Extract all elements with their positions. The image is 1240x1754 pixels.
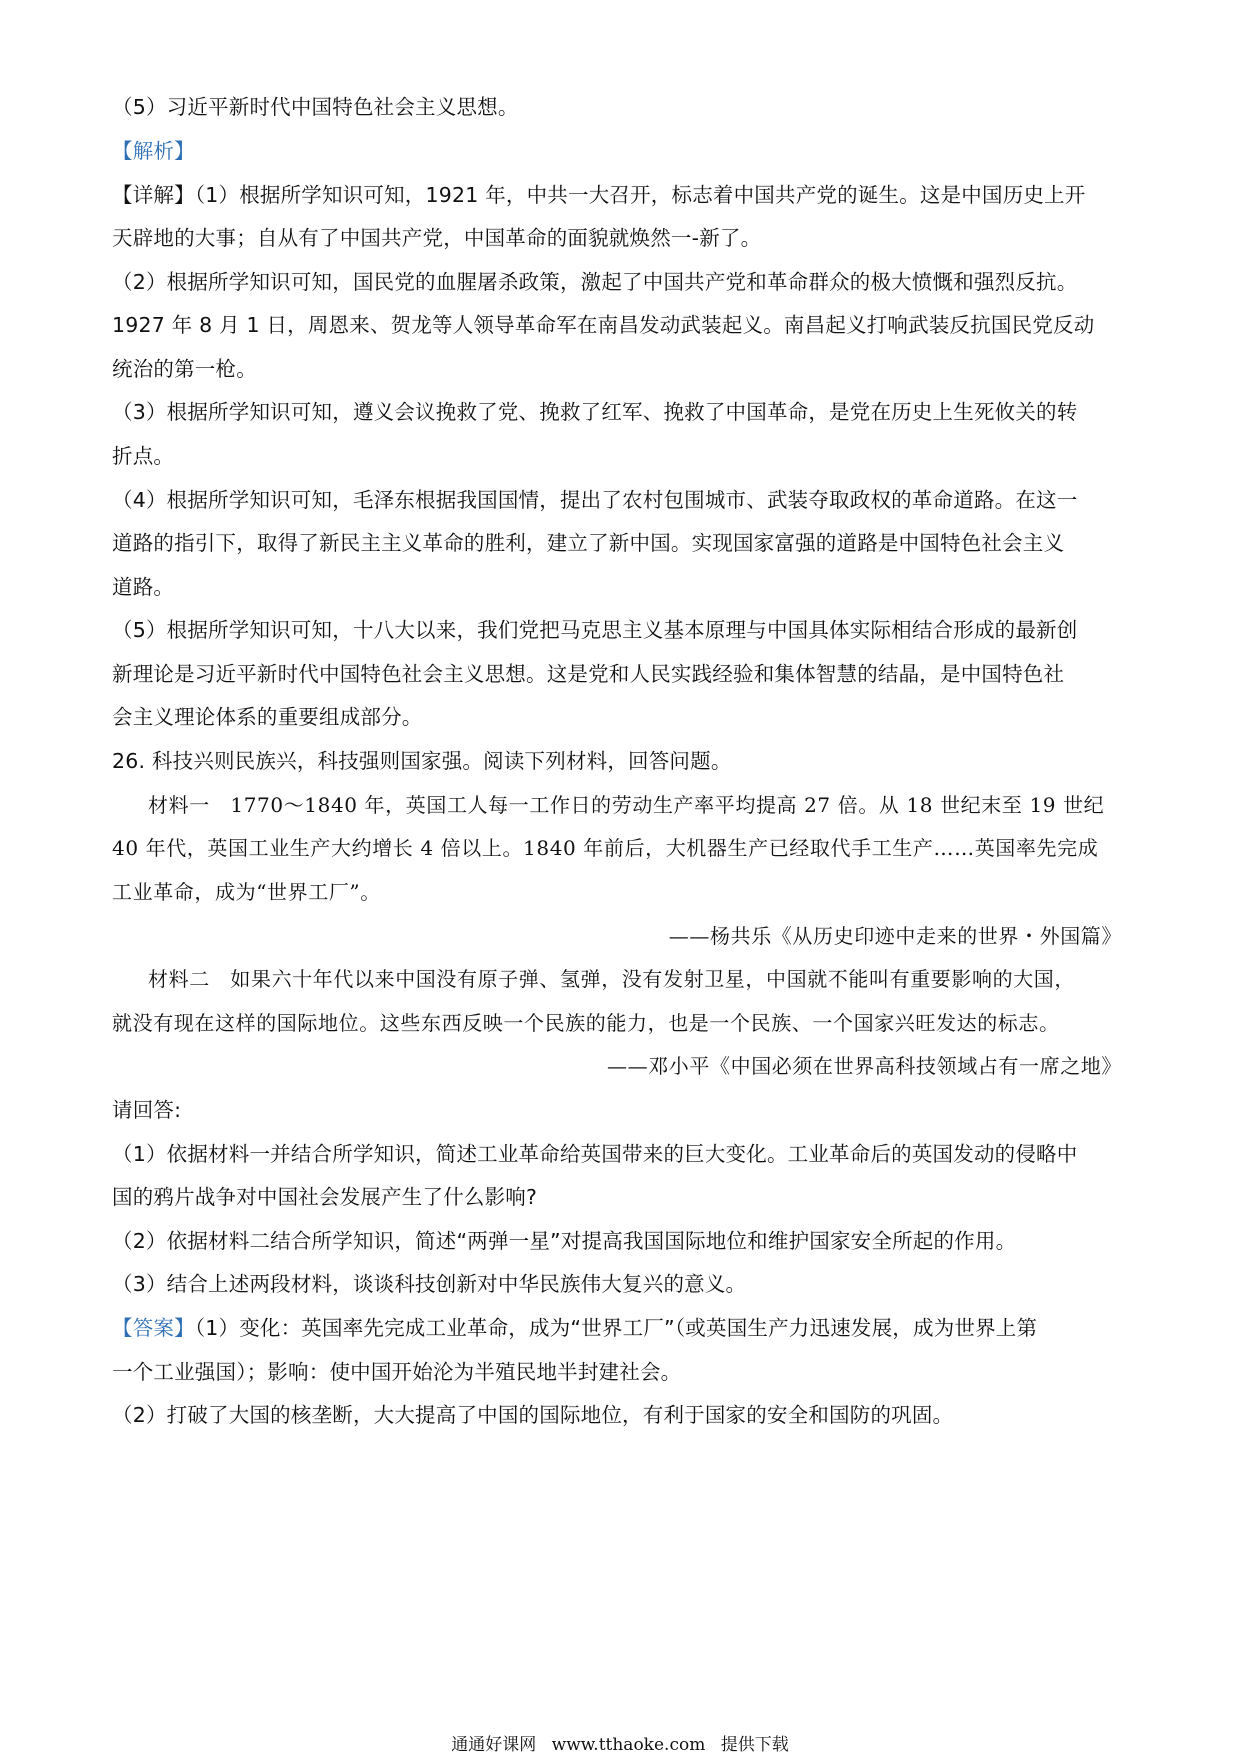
detail-p3-line1: （3）根据所学知识可知，遵义会议挽救了党、挽救了红军、挽救了中国革命，是党在历史… bbox=[112, 398, 1132, 426]
prev-answer-item-5: （5）习近平新时代中国特色社会主义思想。 bbox=[112, 93, 1132, 121]
detail-p3-line2: 折点。 bbox=[112, 442, 1132, 470]
detail-p4-line3: 道路。 bbox=[112, 573, 1132, 601]
detail-p2-line1: （2）根据所学知识可知，国民党的血腥屠杀政策，激起了中国共产党和革命群众的极大愤… bbox=[112, 268, 1132, 296]
answer-label: 【答案】 bbox=[112, 1316, 195, 1340]
material1-line3: 工业革命，成为“世界工厂”。 bbox=[112, 878, 1132, 906]
answer-prompt: 请回答: bbox=[112, 1096, 1132, 1124]
detail-p2-line3: 统治的第一枪。 bbox=[112, 355, 1132, 383]
footer-suffix: 提供下载 bbox=[721, 1735, 789, 1754]
answer-line1: 【答案】（1）变化：英国率先完成工业革命，成为“世界工厂”（或英国生产力迅速发展… bbox=[112, 1314, 1132, 1342]
detail-p4-line1: （4）根据所学知识可知，毛泽东根据我国国情，提出了农村包围城市、武装夺取政权的革… bbox=[112, 486, 1132, 514]
detail-p5-line3: 会主义理论体系的重要组成部分。 bbox=[112, 703, 1132, 731]
question-3: （3）结合上述两段材料，谈谈科技创新对中华民族伟大复兴的意义。 bbox=[112, 1270, 1132, 1298]
material1-source: ——杨共乐《从历史印迹中走来的世界・外国篇》 bbox=[669, 922, 1122, 950]
material1-line2: 40 年代，英国工业生产大约增长 4 倍以上。1840 年前后，大机器生产已经取… bbox=[112, 834, 1132, 862]
question-26-title: 26. 科技兴则民族兴，科技强则国家强。阅读下列材料，回答问题。 bbox=[112, 747, 1132, 775]
answer-line3: （2）打破了大国的核垄断，大大提高了中国的国际地位，有利于国家的安全和国防的巩固… bbox=[112, 1401, 1132, 1429]
material2-source: ——邓小平《中国必须在世界高科技领域占有一席之地》 bbox=[607, 1052, 1122, 1080]
detail-p5-line1: （5）根据所学知识可知，十八大以来，我们党把马克思主义基本原理与中国具体实际相结… bbox=[112, 616, 1132, 644]
question-1-line2: 国的鸦片战争对中国社会发展产生了什么影响? bbox=[112, 1183, 1132, 1211]
answer-line2: 一个工业强国）；影响：使中国开始沦为半殖民地半封建社会。 bbox=[112, 1358, 1132, 1386]
detail-p1-line2: 天辟地的大事；自从有了中国共产党，中国革命的面貌就焕然一-新了。 bbox=[112, 224, 1132, 252]
detail-p5-line2: 新理论是习近平新时代中国特色社会主义思想。这是党和人民实践经验和集体智慧的结晶，… bbox=[112, 660, 1132, 688]
detail-p4-line2: 道路的指引下，取得了新民主主义革命的胜利，建立了新中国。实现国家富强的道路是中国… bbox=[112, 529, 1132, 557]
detail-p1-line1: 【详解】（1）根据所学知识可知，1921 年，中共一大召开，标志着中国共产党的诞… bbox=[112, 181, 1132, 209]
footer-site-name: 通通好课网 bbox=[451, 1735, 536, 1754]
detail-label: 【详解】 bbox=[112, 183, 195, 207]
detail-p2-line2: 1927 年 8 月 1 日，周恩来、贺龙等人领导革命军在南昌发动武装起义。南昌… bbox=[112, 311, 1132, 339]
material2-line1: 材料二 如果六十年代以来中国没有原子弹、氢弹，没有发射卫星，中国就不能叫有重要影… bbox=[148, 965, 1168, 993]
material1-line1: 材料一 1770～1840 年，英国工人每一工作日的劳动生产率平均提高 27 倍… bbox=[148, 791, 1168, 819]
question-1-line1: （1）依据材料一并结合所学知识，简述工业革命给英国带来的巨大变化。工业革命后的英… bbox=[112, 1140, 1132, 1168]
footer-url[interactable]: www.tthaoke.com bbox=[552, 1735, 706, 1754]
page-footer: 通通好课网 www.tthaoke.com 提供下载 bbox=[0, 1730, 1240, 1754]
material2-line2: 就没有现在这样的国际地位。这些东西反映一个民族的能力，也是一个民族、一个国家兴旺… bbox=[112, 1009, 1132, 1037]
question-2: （2）依据材料二结合所学知识，简述“两弹一星”对提高我国国际地位和维护国家安全所… bbox=[112, 1227, 1132, 1255]
document-page: （5）习近平新时代中国特色社会主义思想。 【解析】 【详解】（1）根据所学知识可… bbox=[0, 0, 1240, 1754]
analysis-label: 【解析】 bbox=[112, 137, 1132, 165]
